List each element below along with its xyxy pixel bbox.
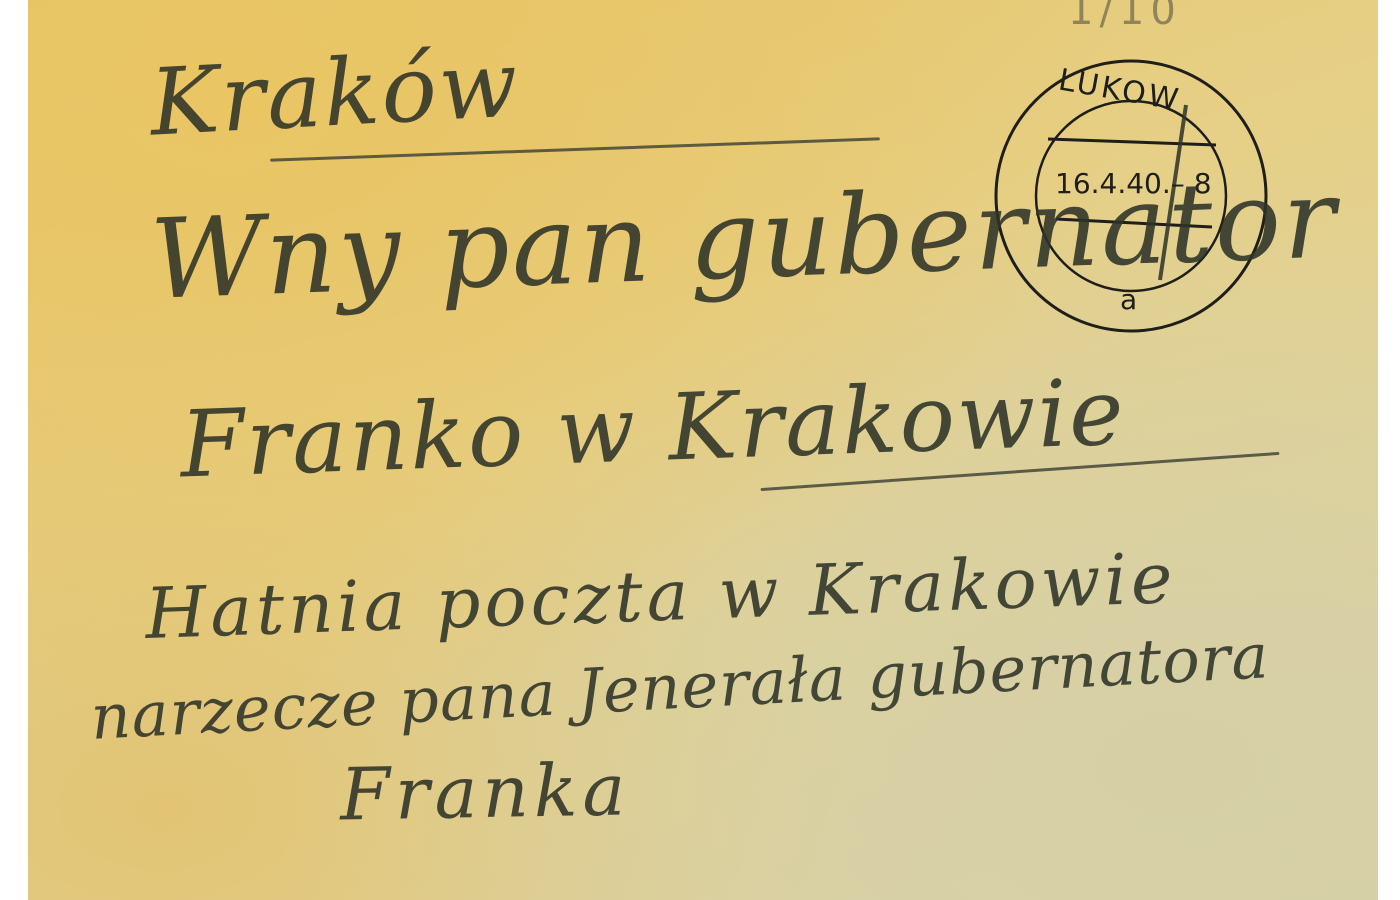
- address-line-1: Kraków: [147, 30, 522, 156]
- reference-number: 1/10: [1068, 0, 1182, 34]
- address-line-6: Franka: [339, 747, 631, 836]
